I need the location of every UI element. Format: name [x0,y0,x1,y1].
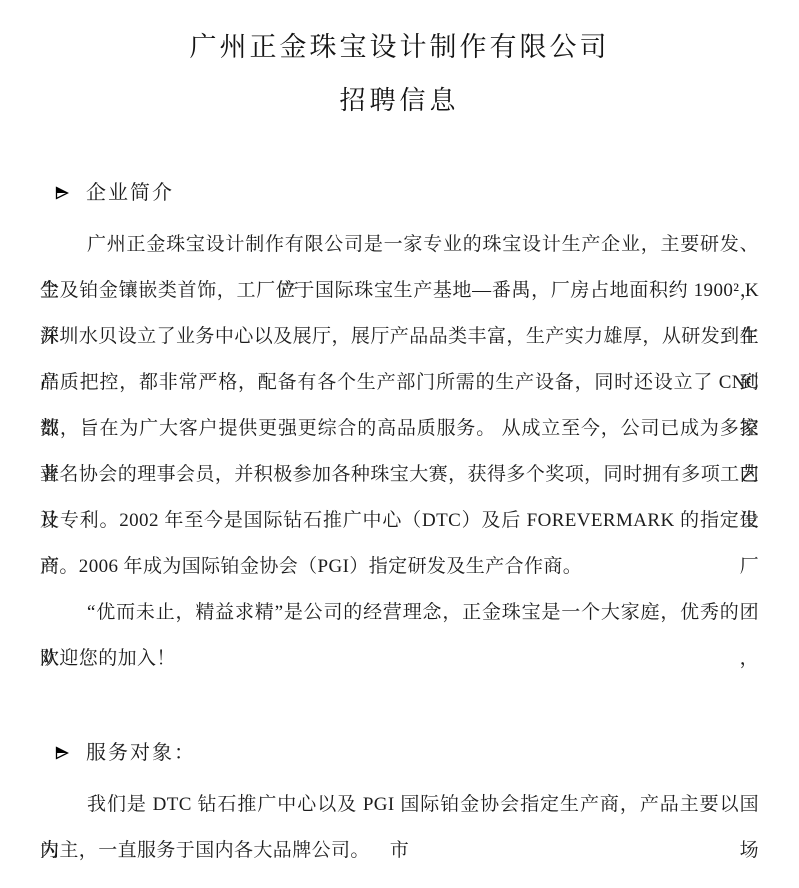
text-line: 计专利。2002 年至今是国际钻石推广中心（DTC）及后 FOREVERMARK… [40,498,759,544]
company-intro-paragraph-2: “优而未止，精益求精”是公司的经营理念，正金珠宝是一个大家庭，优秀的团队， 欢迎… [40,590,759,682]
company-intro-paragraph-1: 广州正金珠宝设计制作有限公司是一家专业的珠宝设计生产企业，主要研发、生产 K 金… [40,222,759,590]
text-line: “优而未止，精益求精”是公司的经营理念，正金珠宝是一个大家庭，优秀的团队， [40,590,759,636]
section-heading-label: 企业简介 [86,180,174,206]
text-line: 品质把控，都非常严格，配备有各个生产部门所需的生产设备，同时还设立了 CNC 数… [40,360,759,406]
document-page: 广州正金珠宝设计制作有限公司 招聘信息 企业简介 广州正金珠宝设计制作有限公司是… [0,0,799,888]
arrow-bullet-icon [55,186,69,200]
text-line: 著名协会的理事会员，并积极参加各种珠宝大赛，获得多个奖项，同时拥有多项工艺及设 [40,452,759,498]
text-line: 深圳水贝设立了业务中心以及展厅，展厅产品品类丰富，生产实力雄厚，从研发到生产到 [40,314,759,360]
section-heading-service-targets: 服务对象： [40,740,799,766]
arrow-bullet-icon [55,746,69,760]
section-heading-company-intro: 企业简介 [40,180,799,206]
text-line: 我们是 DTC 钻石推广中心以及 PGI 国际铂金协会指定生产商，产品主要以国内… [40,782,759,828]
text-line: 广州正金珠宝设计制作有限公司是一家专业的珠宝设计生产企业，主要研发、生产 K [40,222,759,268]
service-targets-paragraph: 我们是 DTC 钻石推广中心以及 PGI 国际铂金协会指定生产商，产品主要以国内… [40,782,759,874]
text-line: 部，旨在为广大客户提供更强更综合的高品质服务。 从成立至今，公司已成为多家业内 [40,406,759,452]
document-title: 广州正金珠宝设计制作有限公司 [0,30,799,64]
text-line: 金及铂金镶嵌类首饰，工厂位于国际珠宝生产基地—番禺，厂房占地面积约 1900²，… [40,268,759,314]
document-subtitle: 招聘信息 [0,84,799,118]
section-heading-label: 服务对象： [86,740,196,766]
